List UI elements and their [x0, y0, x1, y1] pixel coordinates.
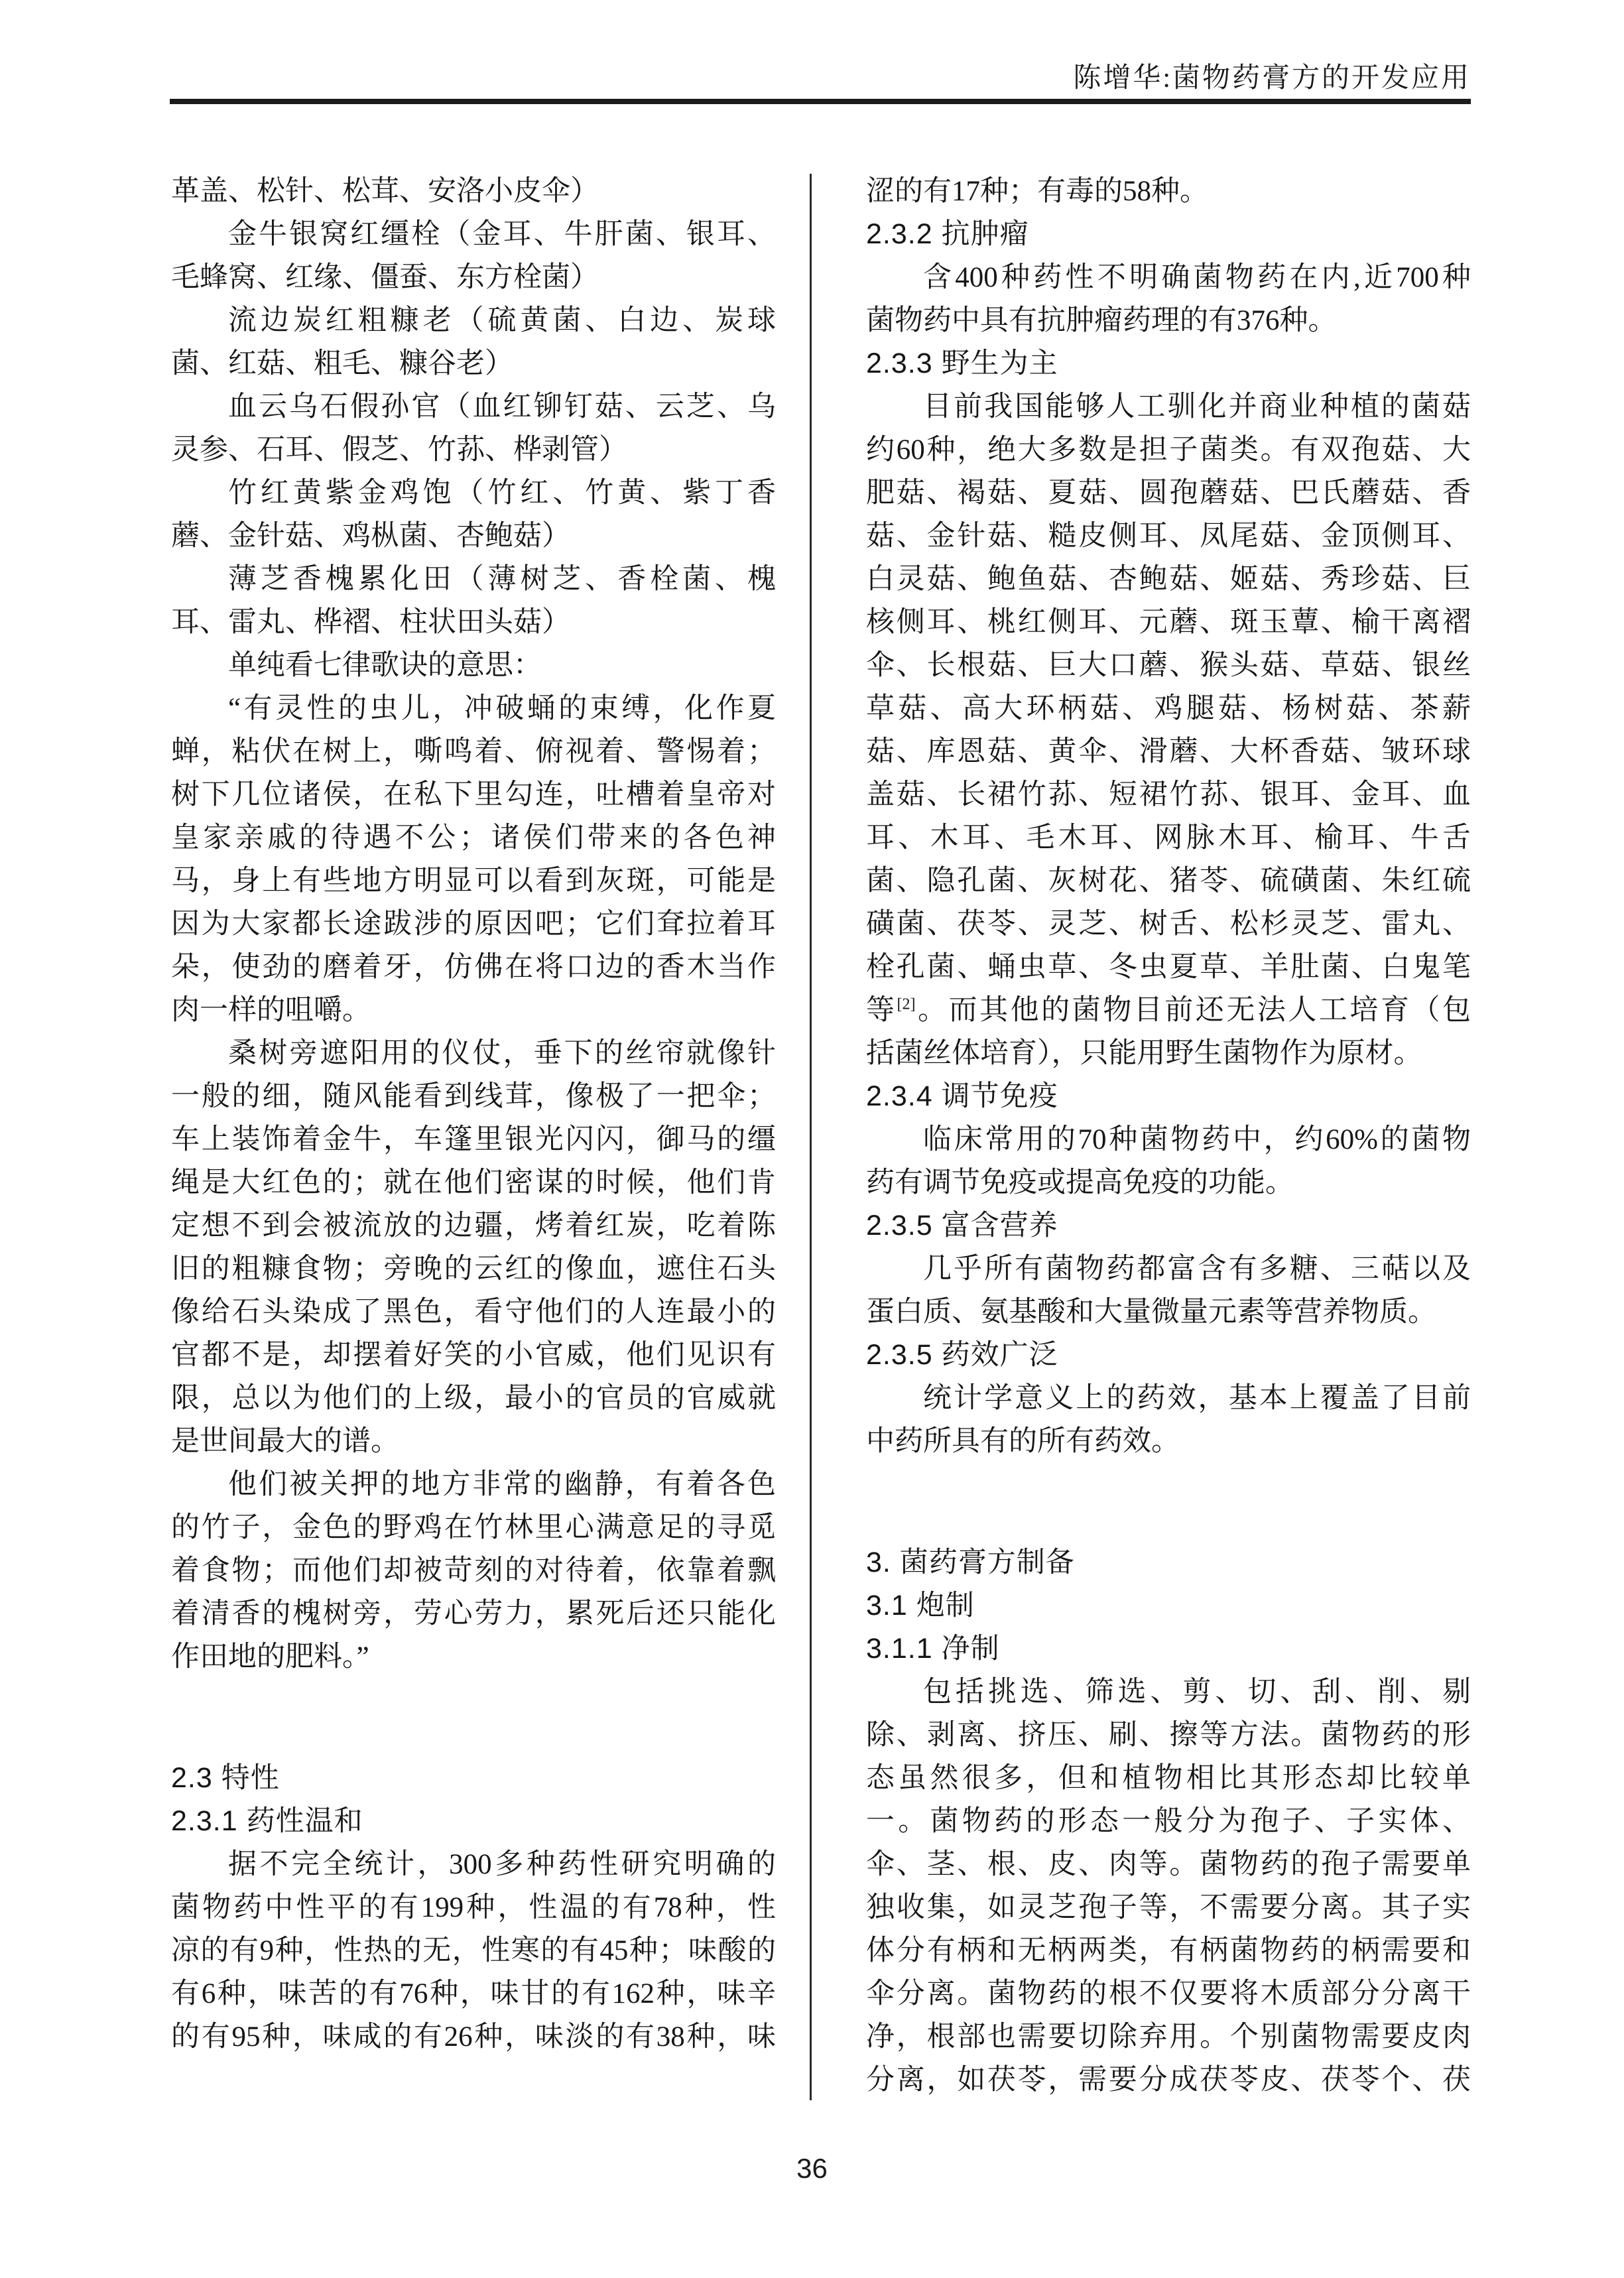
- text-line: 一。菌物药的形态一般分为孢子、子实体、: [866, 1800, 1471, 1843]
- text-line: 革盖、松针、松茸、安洛小皮伞）: [171, 170, 776, 213]
- section-heading: 3. 菌药膏方制备: [866, 1541, 1471, 1584]
- page: 陈增华:菌物药膏方的开发应用 革盖、松针、松茸、安洛小皮伞）金牛银窝红缰栓（金耳…: [0, 0, 1624, 2278]
- text-line: 耳、木耳、毛木耳、网脉木耳、榆耳、牛舌: [866, 816, 1471, 859]
- text-line: 药有调节免疫或提高免疫的功能。: [866, 1161, 1471, 1204]
- text-line: 流边炭红粗糠老（硫黄菌、白边、炭球: [171, 299, 776, 342]
- text-line: 涩的有17种；有毒的58种。: [866, 170, 1471, 213]
- section-heading: 2.3.1 药性温和: [171, 1800, 776, 1843]
- text-line: 一般的细，随风能看到线茸，像极了一把伞；: [171, 1075, 776, 1118]
- column-divider: [810, 174, 812, 2100]
- text-line: 着清香的槐树旁，劳心劳力，累死后还只能化: [171, 1592, 776, 1635]
- section-heading: 3.1.1 净制: [866, 1627, 1471, 1671]
- text-line: 耳、雷丸、桦褶、柱状田头菇）: [171, 601, 776, 644]
- text-line: 的竹子，金色的野鸡在竹林里心满意足的寻觅: [171, 1506, 776, 1549]
- text-line: 他们被关押的地方非常的幽静，有着各色: [171, 1463, 776, 1506]
- text-line: 约60种，绝大多数是担子菌类。有双孢菇、大: [866, 428, 1471, 472]
- text-line: 几乎所有菌物药都富含有多糖、三萜以及: [866, 1247, 1471, 1291]
- text-line: 中药所具有的所有药效。: [866, 1420, 1471, 1463]
- text-line: 态虽然很多，但和植物相比其形态却比较单: [866, 1757, 1471, 1800]
- section-heading: 2.3.5 富含营养: [866, 1204, 1471, 1247]
- text-line: 限，总以为他们的上级，最小的官员的官威就: [171, 1377, 776, 1420]
- text-line: 有6种，味苦的有76种，味甘的有162种，味辛: [171, 1972, 776, 2015]
- text-line: 的有95种，味咸的有26种，味淡的有38种，味: [171, 2015, 776, 2058]
- text-line: 车上装饰着金牛，车篷里银光闪闪，御马的缰: [171, 1118, 776, 1161]
- text-line: 肥菇、褐菇、夏菇、圆孢蘑菇、巴氏蘑菇、香: [866, 472, 1471, 515]
- text-line: 统计学意义上的药效，基本上覆盖了目前: [866, 1377, 1471, 1420]
- text-line: 栓孔菌、蛹虫草、冬虫夏草、羊肚菌、白鬼笔: [866, 946, 1471, 989]
- text-line: 皇家亲戚的待遇不公；诸侯们带来的各色神: [171, 816, 776, 859]
- text-line: 菌物药中性平的有199种，性温的有78种，性: [171, 1886, 776, 1929]
- text-line: 核侧耳、桃红侧耳、元蘑、斑玉蕈、榆干离褶: [866, 601, 1471, 644]
- text-line: 除、剥离、挤压、刷、擦等方法。菌物药的形: [866, 1714, 1471, 1757]
- text-line: 体分有柄和无柄两类，有柄菌物药的柄需要和: [866, 1929, 1471, 1972]
- text-line: 作田地的肥料。”: [171, 1635, 776, 1678]
- paragraph-gap: [866, 1463, 1471, 1541]
- right-column: 涩的有17种；有毒的58种。2.3.2 抗肿瘤含400种药性不明确菌物药在内,近…: [866, 170, 1471, 2102]
- text-line: 临床常用的70种菌物药中，约60%的菌物: [866, 1118, 1471, 1161]
- text-line: 肉一样的咀嚼。: [171, 989, 776, 1032]
- text-line: 白灵菇、鲍鱼菇、杏鲍菇、姬菇、秀珍菇、巨: [866, 558, 1471, 601]
- text-line: 马，身上有些地方明显可以看到灰斑，可能是: [171, 859, 776, 903]
- text-line: 括菌丝体培育），只能用野生菌物作为原材。: [866, 1032, 1471, 1075]
- text-line: 独收集，如灵芝孢子等，不需要分离。其子实: [866, 1886, 1471, 1929]
- text-line: 官都不是，却摆着好笑的小官威，他们见识有: [171, 1334, 776, 1377]
- citation-ref: [2]: [897, 996, 916, 1013]
- text-line: 伞分离。菌物药的根不仅要将木质部分分离干: [866, 1972, 1471, 2015]
- text-line: 蝉，粘伏在树上，嘶鸣着、俯视着、警惕着；: [171, 730, 776, 773]
- paragraph-gap: [171, 1678, 776, 1757]
- text-line: 桑树旁遮阳用的仪仗，垂下的丝帘就像针: [171, 1032, 776, 1075]
- text-line: 是世间最大的谱。: [171, 1420, 776, 1463]
- text-line: 竹红黄紫金鸡饱（竹红、竹黄、紫丁香: [171, 472, 776, 515]
- text-line: 血云乌石假孙官（血红铆钉菇、云芝、乌: [171, 385, 776, 428]
- text-line: 伞、茎、根、皮、肉等。菌物药的孢子需要单: [866, 1843, 1471, 1886]
- text-line: 菌物药中具有抗肿瘤药理的有376种。: [866, 299, 1471, 342]
- text-line: 蛋白质、氨基酸和大量微量元素等营养物质。: [866, 1291, 1471, 1334]
- text-line: 单纯看七律歌诀的意思：: [171, 644, 776, 687]
- running-head: 陈增华:菌物药膏方的开发应用: [171, 56, 1471, 95]
- text-line: 等[2]。而其他的菌物目前还无法人工培育（包: [866, 989, 1471, 1032]
- text-line: 磺菌、茯苓、灵芝、树舌、松杉灵芝、雷丸、: [866, 903, 1471, 946]
- text-line: 因为大家都长途跋涉的原因吧；它们耷拉着耳: [171, 903, 776, 946]
- text-line: 菇、金针菇、糙皮侧耳、凤尾菇、金顶侧耳、: [866, 515, 1471, 558]
- text-line: 薄芝香槐累化田（薄树芝、香栓菌、槐: [171, 558, 776, 601]
- text-line: 朵，使劲的磨着牙，仿佛在将口边的香木当作: [171, 946, 776, 989]
- text-line: 伞、长根菇、巨大口蘑、猴头菇、草菇、银丝: [866, 644, 1471, 687]
- text-line: 金牛银窝红缰栓（金耳、牛肝菌、银耳、: [171, 213, 776, 256]
- text-line: “有灵性的虫儿，冲破蛹的束缚，化作夏: [171, 687, 776, 730]
- text-line: 着食物；而他们却被苛刻的对待着，依靠着飘: [171, 1549, 776, 1592]
- text-line: 净，根部也需要切除弃用。个别菌物需要皮肉: [866, 2015, 1471, 2058]
- section-heading: 2.3.2 抗肿瘤: [866, 213, 1471, 256]
- header-rule: [170, 99, 1471, 104]
- text-line: 像给石头染成了黑色，看守他们的人连最小的: [171, 1291, 776, 1334]
- text-line: 包括挑选、筛选、剪、切、刮、削、剔: [866, 1671, 1471, 1714]
- text-line: 灵参、石耳、假芝、竹荪、桦剥管）: [171, 428, 776, 472]
- text-line: 分离，如茯苓，需要分成茯苓皮、茯苓个、茯: [866, 2058, 1471, 2102]
- text-line: 菇、库恩菇、黄伞、滑蘑、大杯香菇、皱环球: [866, 730, 1471, 773]
- section-heading: 2.3.3 野生为主: [866, 342, 1471, 385]
- text-line: 蘑、金针菇、鸡枞菌、杏鲍菇）: [171, 515, 776, 558]
- section-heading: 2.3 特性: [171, 1757, 776, 1800]
- text-line: 草菇、高大环柄菇、鸡腿菇、杨树菇、茶薪: [866, 687, 1471, 730]
- left-column: 革盖、松针、松茸、安洛小皮伞）金牛银窝红缰栓（金耳、牛肝菌、银耳、毛蜂窝、红缘、…: [171, 170, 776, 2058]
- text-line: 定想不到会被流放的边疆，烤着红炭，吃着陈: [171, 1204, 776, 1247]
- text-line: 目前我国能够人工驯化并商业种植的菌菇: [866, 385, 1471, 428]
- text-line: 毛蜂窝、红缘、僵蚕、东方栓菌）: [171, 256, 776, 299]
- text-line: 菌、隐孔菌、灰树花、猪苓、硫磺菌、朱红硫: [866, 859, 1471, 903]
- text-line: 树下几位诸侯，在私下里勾连，吐槽着皇帝对: [171, 773, 776, 816]
- section-heading: 2.3.5 药效广泛: [866, 1334, 1471, 1377]
- text-line: 菌、红菇、粗毛、糠谷老）: [171, 342, 776, 385]
- section-heading: 2.3.4 调节免疫: [866, 1075, 1471, 1118]
- text-line: 盖菇、长裙竹荪、短裙竹荪、银耳、金耳、血: [866, 773, 1471, 816]
- page-number: 36: [0, 2153, 1624, 2184]
- text-line: 绳是大红色的；就在他们密谋的时候，他们肯: [171, 1161, 776, 1204]
- text-line: 旧的粗糠食物；旁晚的云红的像血，遮住石头: [171, 1247, 776, 1291]
- section-heading: 3.1 炮制: [866, 1584, 1471, 1627]
- text-line: 据不完全统计，300多种药性研究明确的: [171, 1843, 776, 1886]
- text-line: 凉的有9种，性热的无，性寒的有45种；味酸的: [171, 1929, 776, 1972]
- text-line: 含400种药性不明确菌物药在内,近700种: [866, 256, 1471, 299]
